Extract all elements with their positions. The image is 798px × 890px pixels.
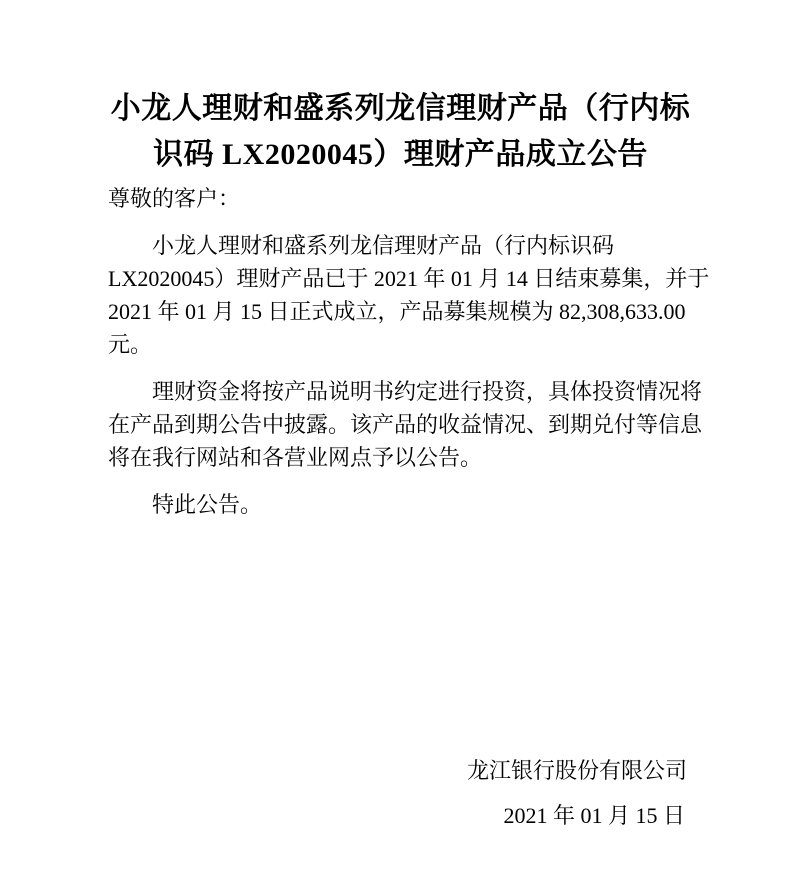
- announcement-document-page: 小龙人理财和盛系列龙信理财产品（行内标 识码 LX2020045）理财产品成立公…: [0, 0, 798, 890]
- paragraph-line: 将在我行网站和各营业网点予以公告。: [108, 441, 693, 474]
- signature-date: 2021 年 01 月 15 日: [108, 799, 687, 832]
- page-title-line-2: 识码 LX2020045）理财产品成立公告: [108, 132, 693, 178]
- paragraph-investment-notice: 理财资金将按产品说明书约定进行投资，具体投资情况将 在产品到期公告中披露。该产品…: [108, 375, 693, 474]
- paragraph-line: 2021 年 01 月 15 日正式成立，产品募集规模为 82,308,633.…: [108, 295, 693, 328]
- page-title-line-1: 小龙人理财和盛系列龙信理财产品（行内标: [108, 86, 693, 132]
- signature-block: 龙江银行股份有限公司 2021 年 01 月 15 日: [108, 754, 693, 832]
- paragraph-line: LX2020045）理财产品已于 2021 年 01 月 14 日结束募集，并于: [108, 262, 693, 295]
- paragraph-line: 元。: [108, 328, 693, 361]
- paragraph-line: 理财资金将按产品说明书约定进行投资，具体投资情况将: [108, 375, 693, 408]
- page-title: 小龙人理财和盛系列龙信理财产品（行内标 识码 LX2020045）理财产品成立公…: [108, 86, 693, 178]
- closing-statement: 特此公告。: [108, 488, 693, 521]
- paragraph-closing: 特此公告。: [108, 488, 693, 521]
- salutation: 尊敬的客户：: [108, 182, 693, 215]
- signature-company: 龙江银行股份有限公司: [108, 754, 687, 787]
- paragraph-line: 在产品到期公告中披露。该产品的收益情况、到期兑付等信息: [108, 408, 693, 441]
- paragraph-establishment: 小龙人理财和盛系列龙信理财产品（行内标识码 LX2020045）理财产品已于 2…: [108, 229, 693, 361]
- paragraph-line: 小龙人理财和盛系列龙信理财产品（行内标识码: [108, 229, 693, 262]
